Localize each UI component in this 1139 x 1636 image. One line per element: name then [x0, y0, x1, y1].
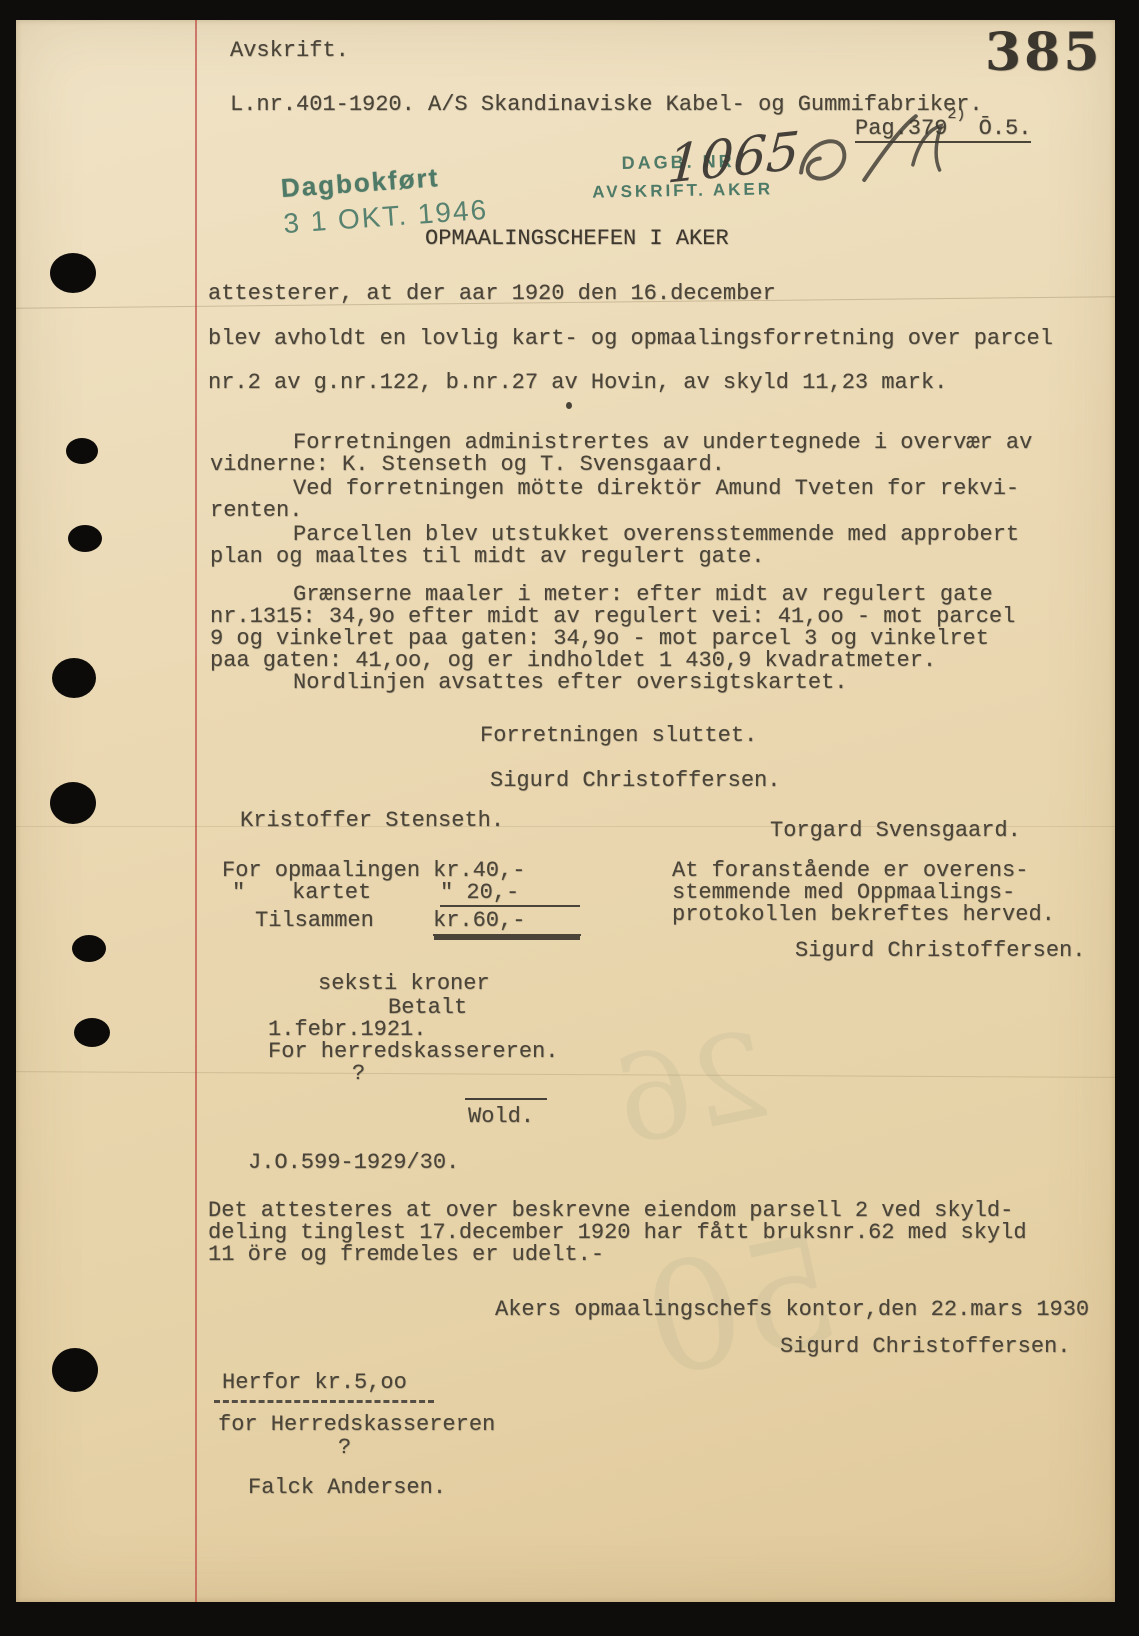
- signature-mark: ?: [352, 1063, 365, 1085]
- journal-line: deling tinglest 17.december 1920 har fåt…: [208, 1222, 1027, 1244]
- fee-row2-ditto: ": [232, 882, 245, 904]
- fee-row1-label: For opmaalingen: [222, 860, 420, 882]
- amount-in-words: seksti kroner: [318, 973, 490, 995]
- paid-label: Betalt: [388, 997, 467, 1019]
- fee-total-label: Tilsammen: [255, 910, 374, 932]
- attestation-line: At foranstående er overens-: [672, 860, 1028, 882]
- margin-rule: [195, 20, 197, 1602]
- pag-suffix: Ō.5.: [965, 116, 1031, 141]
- scanned-archive-page: { "page": { "number": "385" }, "header":…: [0, 0, 1139, 1636]
- punch-hole: [66, 438, 98, 464]
- attestation-line: stemmende med Oppmaalings-: [672, 882, 1015, 904]
- body-line: Forretningen administrertes av undertegn…: [293, 432, 1032, 454]
- fee-row1-value: kr.40,-: [433, 860, 525, 882]
- body-line: nr.1315: 34,9o efter midt av regulert ve…: [210, 606, 1015, 628]
- attestation-line: protokollen bekreftes herved.: [672, 904, 1055, 926]
- body-line: Grænserne maaler i meter: efter midt av …: [293, 584, 993, 606]
- journal-reference: J.O.599-1929/30.: [248, 1152, 459, 1174]
- intro-line: nr.2 av g.nr.122, b.nr.27 av Hovin, av s…: [208, 372, 947, 394]
- handwritten-digits: 1065: [665, 121, 801, 196]
- intro-line: blev avholdt en lovlig kart- og opmaalin…: [208, 328, 1053, 350]
- paper-sheet: 26 50 Avskrift. 385 L.nr.401-1920. A/S S…: [16, 20, 1115, 1602]
- fee-row2-label: kartet: [292, 882, 371, 904]
- footer-treasurer-line: for Herredskassereren: [218, 1414, 495, 1436]
- handwritten-flourish: [788, 108, 965, 205]
- footer-signature: Falck Andersen.: [248, 1477, 446, 1499]
- punch-hole: [74, 1018, 110, 1047]
- paid-date: 1.febr.1921.: [268, 1019, 426, 1041]
- treasurer-line: For herredskassereren.: [268, 1041, 558, 1063]
- punch-hole: [52, 658, 96, 698]
- journal-signature: Sigurd Christoffersen.: [780, 1336, 1070, 1358]
- separator-mark: [566, 402, 572, 409]
- punch-hole: [72, 935, 106, 962]
- footer-fee-line: Herfor kr.5,oo: [222, 1372, 407, 1394]
- body-line: renten.: [210, 500, 302, 522]
- punch-hole: [50, 253, 96, 293]
- paper-crease: [16, 1071, 1115, 1078]
- body-line: vidnerne: K. Stenseth og T. Svensgaard.: [210, 454, 725, 476]
- body-line: paa gaten: 41,oo, og er indholdet 1 430,…: [210, 650, 936, 672]
- reference-line: L.nr.401-1920. A/S Skandinaviske Kabel- …: [230, 94, 983, 116]
- bleed-through-mark: 26: [603, 1006, 781, 1174]
- witness-signature-left: Kristoffer Stenseth.: [240, 810, 504, 832]
- handwritten-journal-number: 1065: [664, 105, 965, 218]
- closing-line: Forretningen sluttet.: [480, 725, 757, 747]
- footer-signature-mark: ?: [338, 1437, 351, 1459]
- punch-hole: [68, 525, 102, 552]
- office-date-line: Akers opmaalingschefs kontor,den 22.mars…: [495, 1299, 1089, 1321]
- journal-line: Det attesteres at over beskrevne eiendom…: [208, 1200, 1013, 1222]
- signature-rule: [465, 1098, 547, 1100]
- body-line: Ved forretningen mötte direktör Amund Tv…: [293, 478, 1019, 500]
- fee-row2-value: " 20,-: [440, 882, 580, 907]
- surveyor-signature: Sigurd Christoffersen.: [490, 770, 780, 792]
- attestation-signature: Sigurd Christoffersen.: [795, 940, 1085, 962]
- document-title: OPMAALINGSCHEFEN I AKER: [425, 228, 729, 250]
- copy-label: Avskrift.: [230, 40, 349, 62]
- punch-hole: [52, 1348, 98, 1392]
- body-line: plan og maaltes til midt av regulert gat…: [210, 546, 765, 568]
- witness-signature-right: Torgard Svensgaard.: [770, 820, 1021, 842]
- punch-hole: [50, 782, 96, 824]
- body-line: 9 og vinkelret paa gaten: 34,9o - mot pa…: [210, 628, 989, 650]
- treasurer-signature: Wold.: [468, 1106, 534, 1128]
- intro-line: attesterer, at der aar 1920 den 16.decem…: [208, 283, 776, 305]
- fee-total-value: kr.60,-: [433, 910, 581, 936]
- body-line: Nordlinjen avsattes efter oversigtskarte…: [293, 672, 848, 694]
- footer-fee-underline: [214, 1400, 434, 1403]
- page-number: 385: [985, 22, 1103, 83]
- journal-line: 11 öre og fremdeles er udelt.-: [208, 1244, 604, 1266]
- body-line: Parcellen blev utstukket overensstemmend…: [293, 524, 1019, 546]
